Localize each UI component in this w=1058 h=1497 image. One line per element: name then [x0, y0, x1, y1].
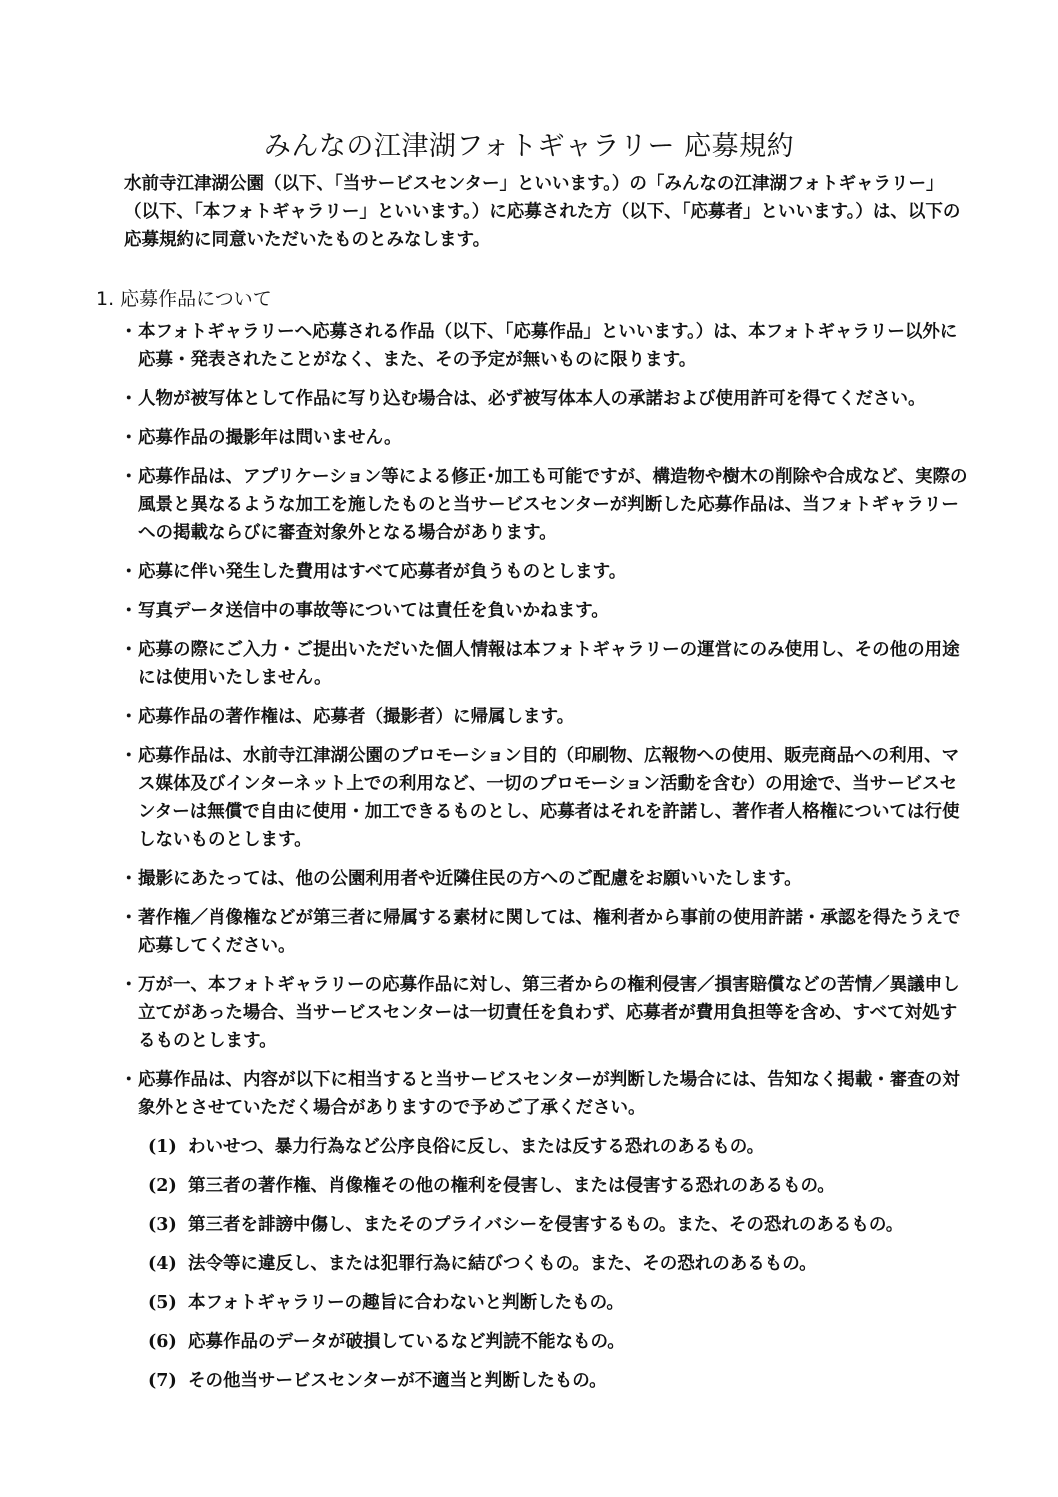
list-item: ・本フォトギャラリーへ応募される作品（以下、「応募作品」といいます。）は、本フォ…	[120, 318, 970, 374]
item-number: (3)	[148, 1211, 188, 1239]
list-item: ・写真データ送信中の事故等については責任を負いかねます。	[120, 597, 970, 625]
item-text: 応募作品の撮影年は問いません。	[138, 428, 402, 448]
intro-paragraph: 水前寺江津湖公園（以下、「当サービスセンター」といいます。）の「みんなの江津湖フ…	[124, 170, 964, 254]
item-text: 人物が被写体として作品に写り込む場合は、必ず被写体本人の承諾および使用許可を得て…	[138, 389, 926, 409]
item-number: (2)	[148, 1172, 188, 1200]
item-text: 本フォトギャラリーへ応募される作品（以下、「応募作品」といいます。）は、本フォト…	[138, 322, 957, 370]
sub-list-item: (1)わいせつ、暴力行為など公序良俗に反し、または反する恐れのあるもの。	[138, 1133, 970, 1161]
bullet-icon: ・	[120, 597, 138, 625]
list-item: ・著作権／肖像権などが第三者に帰属する素材に関しては、権利者から事前の使用許諾・…	[120, 904, 970, 960]
list-item: ・応募作品は、アプリケーション等による修正･加工も可能ですが、構造物や樹木の削除…	[120, 463, 970, 547]
item-text: 撮影にあたっては、他の公園利用者や近隣住民の方へのご配慮をお願いいたします。	[138, 869, 802, 889]
item-text: 応募作品は、水前寺江津湖公園のプロモーション目的（印刷物、広報物への使用、販売商…	[138, 746, 959, 850]
list-item: ・撮影にあたっては、他の公園利用者や近隣住民の方へのご配慮をお願いいたします。	[120, 865, 970, 893]
list-item: ・応募に伴い発生した費用はすべて応募者が負うものとします。	[120, 558, 970, 586]
bullet-icon: ・	[120, 558, 138, 586]
sub-item-text: 本フォトギャラリーの趣旨に合わないと判断したもの。	[188, 1293, 624, 1313]
bullet-icon: ・	[120, 742, 138, 770]
bullet-icon: ・	[120, 865, 138, 893]
list-item: ・万が一、本フォトギャラリーの応募作品に対し、第三者からの権利侵害／損害賠償など…	[120, 971, 970, 1055]
sub-item-text: 第三者の著作権、肖像権その他の権利を侵害し、または侵害する恐れのあるもの。	[188, 1176, 835, 1196]
item-number: (6)	[148, 1328, 188, 1356]
bullet-icon: ・	[120, 463, 138, 491]
item-number: (7)	[148, 1367, 188, 1395]
sub-item-text: その他当サービスセンターが不適当と判断したもの。	[188, 1371, 607, 1391]
terms-list: ・本フォトギャラリーへ応募される作品（以下、「応募作品」といいます。）は、本フォ…	[120, 318, 970, 1406]
sub-item-text: 法令等に違反し、または犯罪行為に結びつくもの。また、その恐れのあるもの。	[188, 1254, 817, 1274]
sub-item-text: 第三者を誹謗中傷し、またそのプライバシーを侵害するもの。また、その恐れのあるもの…	[188, 1215, 903, 1235]
item-text: 応募作品の著作権は、応募者（撮影者）に帰属します。	[138, 707, 574, 727]
sub-list-item: (3)第三者を誹謗中傷し、またそのプライバシーを侵害するもの。また、その恐れのあ…	[138, 1211, 970, 1239]
list-item: ・応募作品は、水前寺江津湖公園のプロモーション目的（印刷物、広報物への使用、販売…	[120, 742, 970, 854]
item-text: 応募作品は、アプリケーション等による修正･加工も可能ですが、構造物や樹木の削除や…	[138, 467, 968, 543]
bullet-icon: ・	[120, 703, 138, 731]
list-item: ・応募作品の撮影年は問いません。	[120, 424, 970, 452]
sub-list-item: (6)応募作品のデータが破損しているなど判読不能なもの。	[138, 1328, 970, 1356]
exclusion-criteria-list: (1)わいせつ、暴力行為など公序良俗に反し、または反する恐れのあるもの。 (2)…	[138, 1133, 970, 1395]
list-item: ・応募作品の著作権は、応募者（撮影者）に帰属します。	[120, 703, 970, 731]
sub-list-item: (7)その他当サービスセンターが不適当と判断したもの。	[138, 1367, 970, 1395]
item-text: 応募に伴い発生した費用はすべて応募者が負うものとします。	[138, 562, 626, 582]
bullet-icon: ・	[120, 904, 138, 932]
page-title: みんなの江津湖フォトギャラリー 応募規約	[0, 124, 1058, 163]
bullet-icon: ・	[120, 1066, 138, 1094]
item-text: 写真データ送信中の事故等については責任を負いかねます。	[138, 601, 609, 621]
item-number: (4)	[148, 1250, 188, 1278]
list-item: ・応募作品は、内容が以下に相当すると当サービスセンターが判断した場合には、告知な…	[120, 1066, 970, 1395]
bullet-icon: ・	[120, 385, 138, 413]
section-heading: 1. 応募作品について	[96, 284, 272, 311]
item-text: 著作権／肖像権などが第三者に帰属する素材に関しては、権利者から事前の使用許諾・承…	[138, 908, 961, 956]
sub-item-text: 応募作品のデータが破損しているなど判読不能なもの。	[188, 1332, 625, 1352]
list-item: ・応募の際にご入力・ご提出いただいた個人情報は本フォトギャラリーの運営にのみ使用…	[120, 636, 970, 692]
item-text: 万が一、本フォトギャラリーの応募作品に対し、第三者からの権利侵害／損害賠償などの…	[138, 975, 960, 1051]
bullet-icon: ・	[120, 636, 138, 664]
item-number: (1)	[148, 1133, 188, 1161]
item-number: (5)	[148, 1289, 188, 1317]
sub-list-item: (5)本フォトギャラリーの趣旨に合わないと判断したもの。	[138, 1289, 970, 1317]
sub-list-item: (2)第三者の著作権、肖像権その他の権利を侵害し、または侵害する恐れのあるもの。	[138, 1172, 970, 1200]
list-item: ・人物が被写体として作品に写り込む場合は、必ず被写体本人の承諾および使用許可を得…	[120, 385, 970, 413]
bullet-icon: ・	[120, 318, 138, 346]
sub-item-text: わいせつ、暴力行為など公序良俗に反し、または反する恐れのあるもの。	[188, 1137, 764, 1157]
bullet-icon: ・	[120, 971, 138, 999]
sub-list-item: (4)法令等に違反し、または犯罪行為に結びつくもの。また、その恐れのあるもの。	[138, 1250, 970, 1278]
item-text: 応募作品は、内容が以下に相当すると当サービスセンターが判断した場合には、告知なく…	[138, 1070, 960, 1118]
item-text: 応募の際にご入力・ご提出いただいた個人情報は本フォトギャラリーの運営にのみ使用し…	[138, 640, 960, 688]
bullet-icon: ・	[120, 424, 138, 452]
